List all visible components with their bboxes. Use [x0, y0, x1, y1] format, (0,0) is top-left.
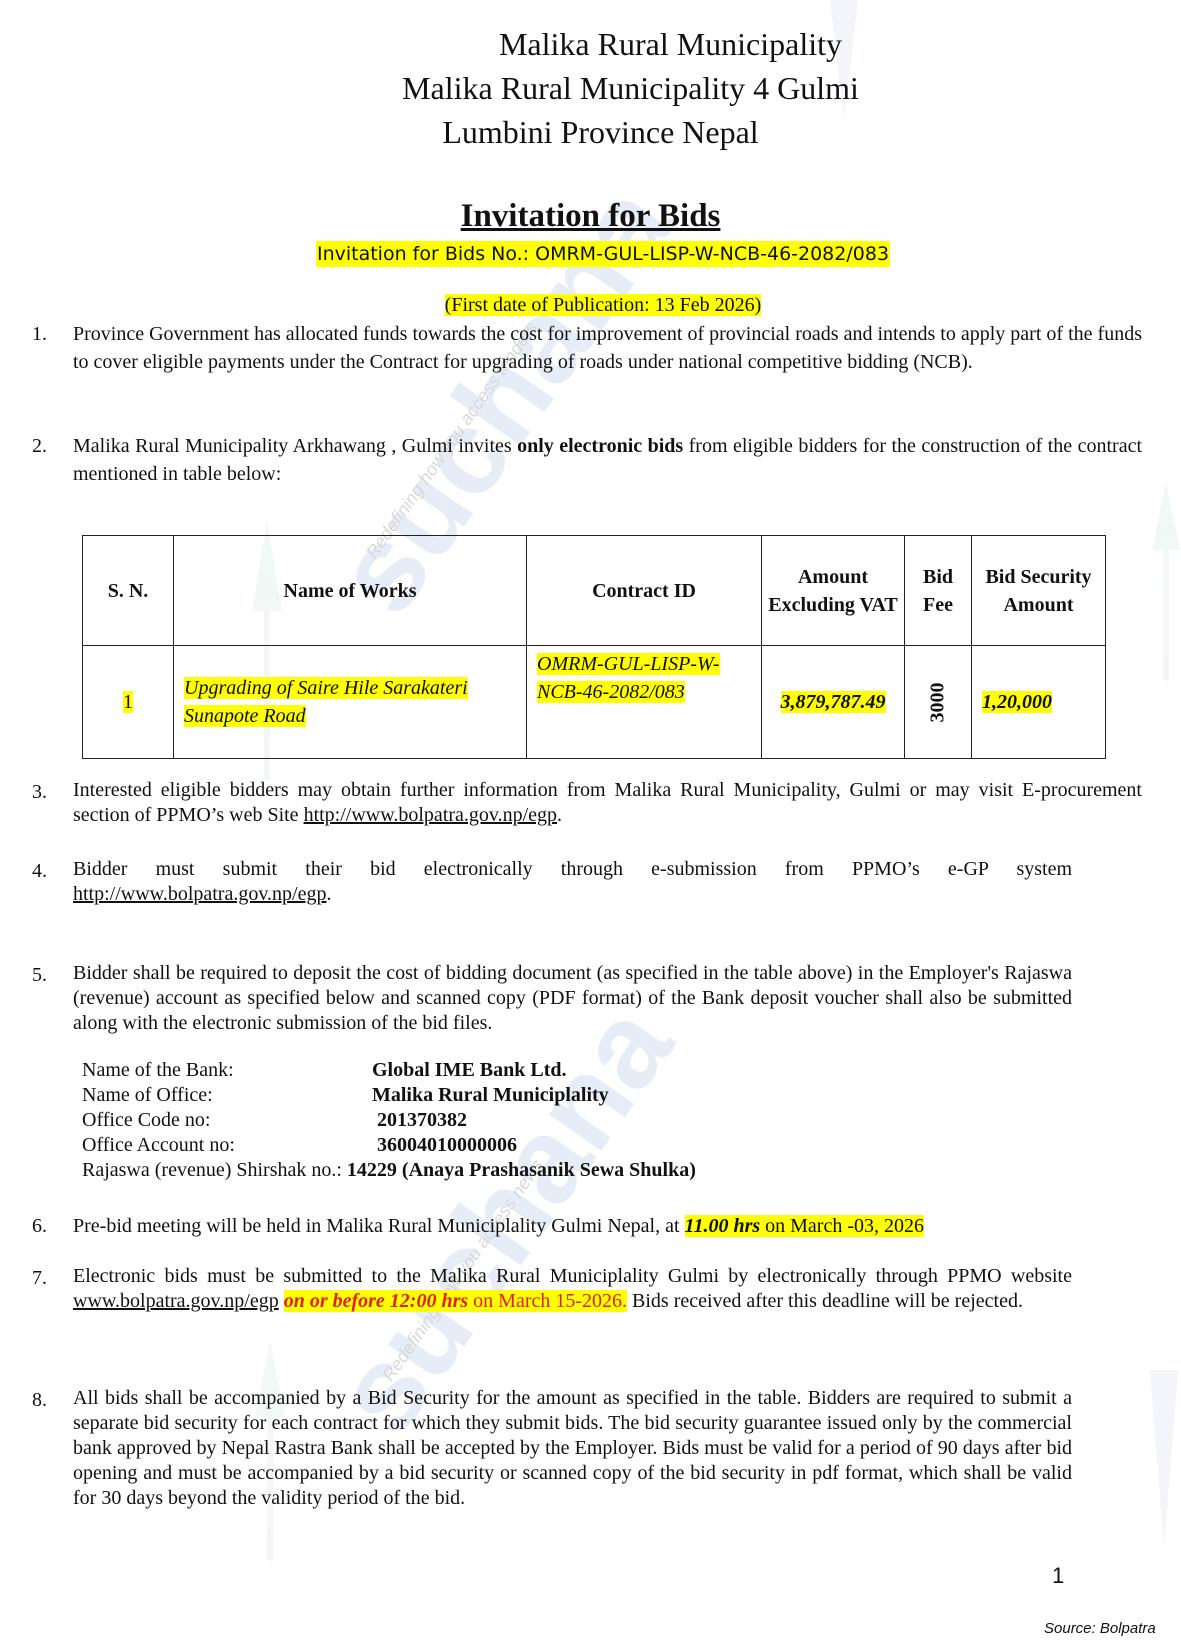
prebid-date: on March -03, 2026 [760, 1215, 924, 1237]
rajaswa-value: 14229 (Anaya Prashasanik Sewa Shulka) [342, 1158, 696, 1183]
contract-id: OMRM-GUL-LISP-W-NCB-46-2082/083 [537, 653, 720, 703]
text-segment: Electronic bids must be submitted to the… [73, 1265, 1072, 1287]
paragraph-3: 3. Interested eligible bidders may obtai… [32, 778, 1142, 828]
text-segment: Bidder must submit their bid electronica… [73, 858, 1072, 880]
table-row: 1 Upgrading of Saire Hile Sarakateri Sun… [83, 646, 1106, 759]
paragraph-text: Bidder shall be required to deposit the … [73, 961, 1072, 1036]
paragraph-number: 6. [32, 1212, 68, 1240]
header-ward: Malika Rural Municipality 4 Gulmi [80, 66, 1181, 110]
text-segment: Interested eligible bidders may obtain f… [73, 779, 1142, 826]
text-segment: . [326, 883, 331, 905]
bolpatra-egp-link[interactable]: http://www.bolpatra.gov.np/egp [73, 883, 326, 905]
paragraph-number: 8. [32, 1386, 68, 1414]
works-table: S. N. Name of Works Contract ID Amount E… [82, 535, 1106, 759]
page-number: 1 [1052, 1563, 1064, 1589]
publication-date: (First date of Publication: 13 Feb 2026) [0, 294, 1181, 317]
text-segment: Pre-bid meeting will be held in Malika R… [73, 1215, 685, 1237]
deadline-time: on or before 12:00 hrs [284, 1290, 468, 1312]
paragraph-number: 3. [32, 778, 68, 806]
paragraph-4: 4. Bidder must submit their bid electron… [32, 857, 1072, 907]
paragraph-text: Interested eligible bidders may obtain f… [73, 778, 1142, 828]
bid-fee-value: 3000 [927, 682, 950, 722]
cell-security: 1,20,000 [972, 646, 1106, 759]
col-contract-id: Contract ID [527, 536, 762, 646]
office-name-label: Name of Office: [82, 1083, 372, 1108]
bank-name-row: Name of the Bank:Global IME Bank Ltd. [82, 1058, 696, 1083]
paragraph-text: Electronic bids must be submitted to the… [73, 1264, 1072, 1314]
cell-amount: 3,879,787.49 [762, 646, 905, 759]
col-amount: Amount Excluding VAT [762, 536, 905, 646]
paragraph-number: 1. [32, 320, 68, 348]
watermark-arrow-icon [1150, 1370, 1178, 1550]
office-code-value: 201370382 [372, 1108, 467, 1133]
source-credit: Source: Bolpatra [1044, 1620, 1156, 1637]
paragraph-text: Malika Rural Municipality Arkhawang , Gu… [73, 432, 1142, 488]
header-municipality: Malika Rural Municipality [0, 22, 1181, 66]
office-code-label: Office Code no: [82, 1108, 372, 1133]
security-value: 1,20,000 [982, 691, 1052, 713]
publication-date-text: (First date of Publication: 13 Feb 2026) [445, 294, 762, 316]
paragraph-number: 4. [32, 857, 68, 885]
office-code-row: Office Code no: 201370382 [82, 1108, 696, 1133]
office-name-row: Name of Office:Malika Rural Municiplalit… [82, 1083, 696, 1108]
text-segment: Malika Rural Municipality Arkhawang , Gu… [73, 435, 517, 457]
col-bid-fee: Bid Fee [905, 536, 972, 646]
paragraph-number: 7. [32, 1264, 68, 1292]
prebid-time: 11.00 hrs [685, 1215, 761, 1237]
bolpatra-link[interactable]: http://www.bolpatra.gov.np/egp [304, 804, 557, 826]
cell-contract-id: OMRM-GUL-LISP-W-NCB-46-2082/083 [527, 646, 762, 759]
account-label: Office Account no: [82, 1133, 372, 1158]
table-header-row: S. N. Name of Works Contract ID Amount E… [83, 536, 1106, 646]
cell-name: Upgrading of Saire Hile Sarakateri Sunap… [174, 646, 527, 759]
bolpatra-website-link[interactable]: www.bolpatra.gov.np/egp [73, 1290, 279, 1312]
paragraph-1: 1. Province Government has allocated fun… [32, 320, 1142, 376]
watermark-arrow-icon [1152, 480, 1180, 680]
deadline-highlight: on or before 12:00 hrs on March 15-2026. [284, 1290, 627, 1312]
sn-value: 1 [123, 691, 133, 713]
header-province: Lumbini Province Nepal [20, 110, 1181, 154]
bank-name-label: Name of the Bank: [82, 1058, 372, 1083]
text-segment: . [557, 804, 562, 826]
paragraph-2: 2. Malika Rural Municipality Arkhawang ,… [32, 432, 1142, 488]
paragraph-7: 7. Electronic bids must be submitted to … [32, 1264, 1072, 1314]
bank-details: Name of the Bank:Global IME Bank Ltd. Na… [82, 1058, 696, 1183]
rajaswa-label: Rajaswa (revenue) Shirshak no.: [82, 1158, 342, 1183]
paragraph-text: Province Government has allocated funds … [73, 320, 1142, 376]
deadline-date: on March 15-2026. [468, 1290, 627, 1312]
paragraph-5: 5. Bidder shall be required to deposit t… [32, 961, 1072, 1036]
page-title: Invitation for Bids [0, 198, 1181, 235]
emphasis-text: only electronic bids [517, 435, 683, 457]
document-header: Malika Rural Municipality Malika Rural M… [0, 22, 1181, 154]
paragraph-text: All bids shall be accompanied by a Bid S… [73, 1386, 1072, 1511]
text-segment: Bids received after this deadline will b… [627, 1290, 1023, 1312]
paragraph-6: 6. Pre-bid meeting will be held in Malik… [32, 1212, 1142, 1240]
paragraph-text: Pre-bid meeting will be held in Malika R… [73, 1212, 1142, 1240]
office-name-value: Malika Rural Municiplality [372, 1083, 609, 1108]
bank-name-value: Global IME Bank Ltd. [372, 1058, 567, 1083]
col-bid-security: Bid Security Amount [972, 536, 1106, 646]
account-row: Office Account no: 36004010000006 [82, 1133, 696, 1158]
ifb-number-text: Invitation for Bids No.: OMRM-GUL-LISP-W… [316, 241, 890, 267]
work-name: Upgrading of Saire Hile Sarakateri Sunap… [184, 677, 468, 727]
col-sn: S. N. [83, 536, 174, 646]
amount-value: 3,879,787.49 [781, 691, 886, 713]
cell-bid-fee: 3000 [905, 646, 972, 759]
rajaswa-row: Rajaswa (revenue) Shirshak no.: 14229 (A… [82, 1158, 696, 1183]
paragraph-text: Bidder must submit their bid electronica… [73, 857, 1072, 907]
paragraph-number: 5. [32, 961, 68, 989]
prebid-time-highlight: 11.00 hrs on March -03, 2026 [685, 1215, 924, 1237]
paragraph-8: 8. All bids shall be accompanied by a Bi… [32, 1386, 1072, 1511]
account-value: 36004010000006 [372, 1133, 517, 1158]
col-name-of-works: Name of Works [174, 536, 527, 646]
cell-sn: 1 [83, 646, 174, 759]
ifb-number: Invitation for Bids No.: OMRM-GUL-LISP-W… [0, 243, 1181, 265]
paragraph-number: 2. [32, 432, 68, 460]
